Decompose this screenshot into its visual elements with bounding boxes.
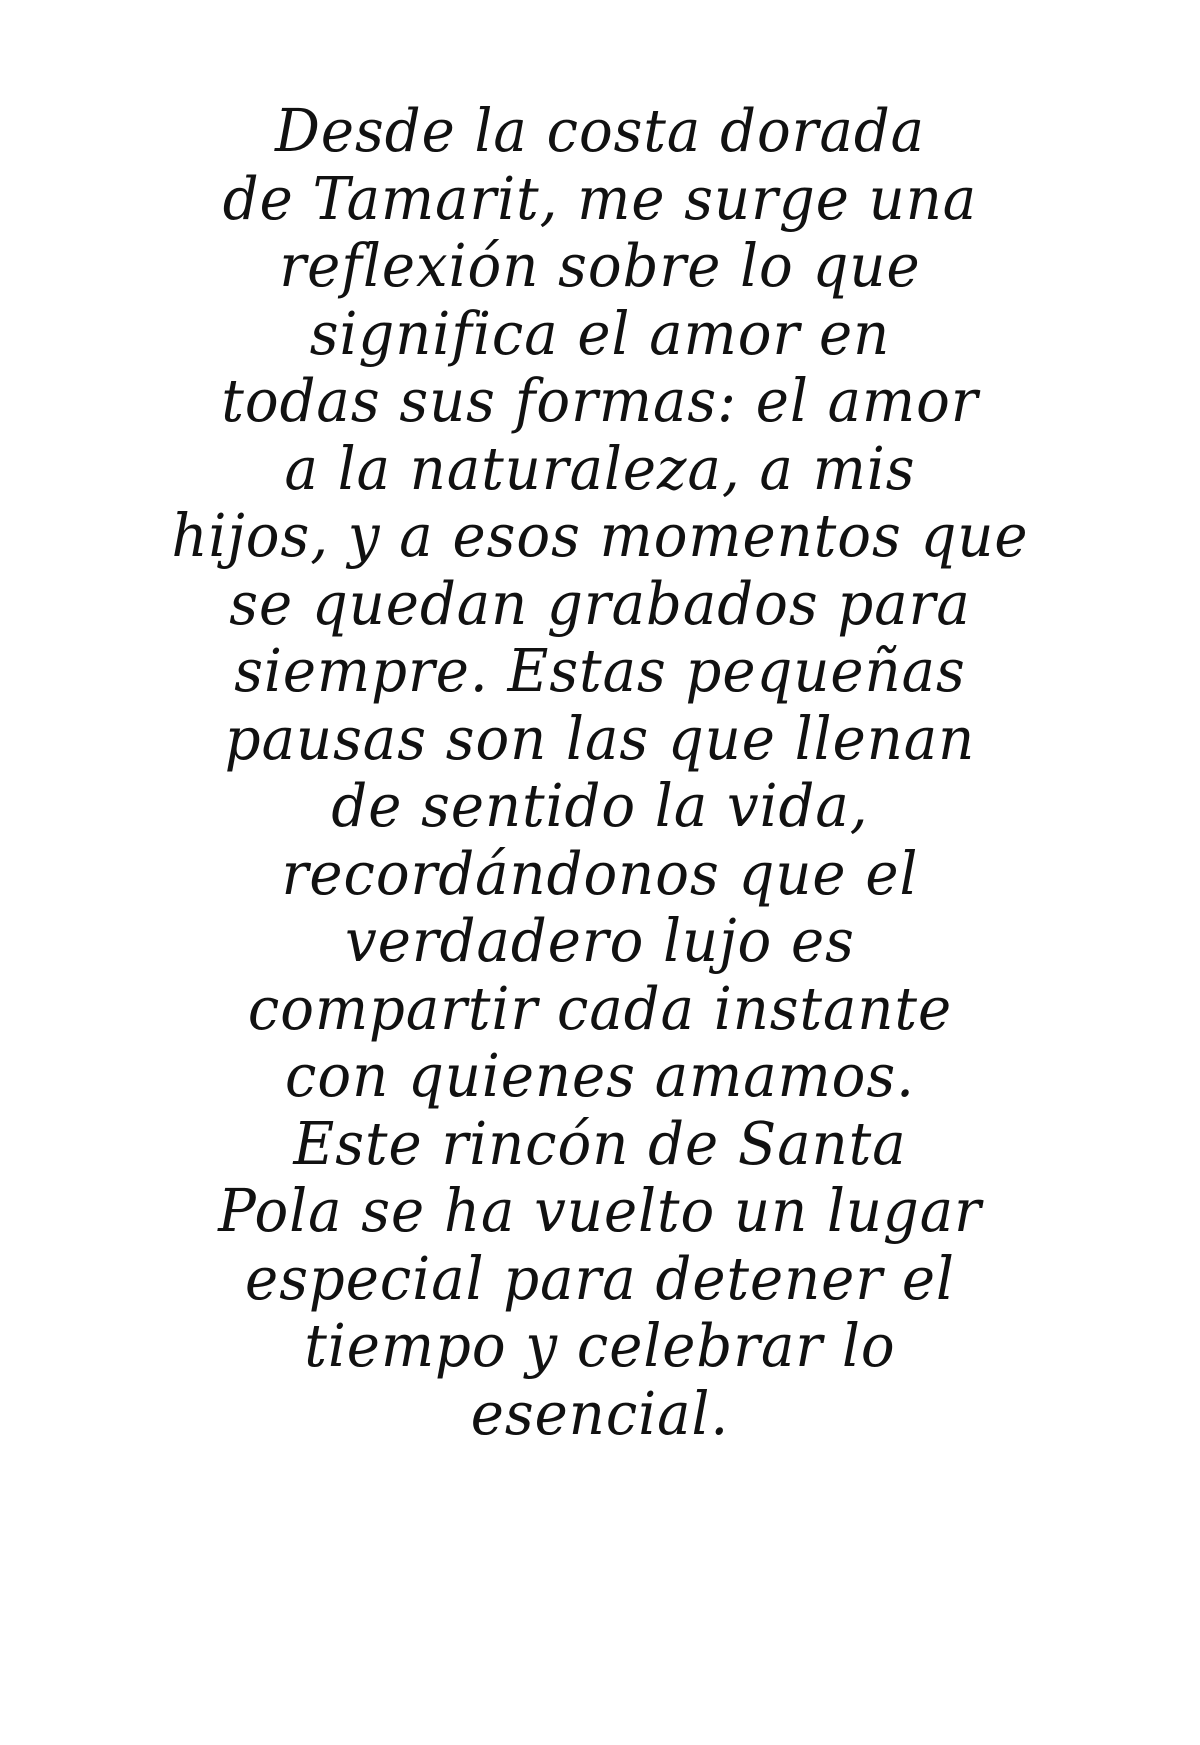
text-line-16: Este rincón de Santa — [0, 1109, 1200, 1180]
text-line-11: de sentido la vida, — [0, 771, 1200, 842]
text-line-7: hijos, y a esos momentos que — [0, 501, 1200, 572]
text-line-6: a la naturaleza, a mis — [0, 434, 1200, 505]
handwritten-paragraph: Desde la costa dorada de Tamarit, me sur… — [0, 98, 1200, 1448]
text-line-4: significa el amor en — [0, 299, 1200, 370]
text-line-8: se quedan grabados para — [0, 569, 1200, 640]
text-line-2: de Tamarit, me surge una — [0, 164, 1200, 235]
text-line-14: compartir cada instante — [0, 974, 1200, 1045]
text-line-20: esencial. — [0, 1379, 1200, 1450]
text-line-18: especial para detener el — [0, 1244, 1200, 1315]
text-line-15: con quienes amamos. — [0, 1041, 1200, 1112]
text-line-19: tiempo y celebrar lo — [0, 1311, 1200, 1382]
text-line-17: Pola se ha vuelto un lugar — [0, 1176, 1200, 1247]
text-line-3: reflexión sobre lo que — [0, 231, 1200, 302]
text-line-10: pausas son las que llenan — [0, 704, 1200, 775]
text-line-1: Desde la costa dorada — [0, 96, 1200, 167]
text-line-9: siempre. Estas pequeñas — [0, 636, 1200, 707]
text-line-12: recordándonos que el — [0, 839, 1200, 910]
page: Desde la costa dorada de Tamarit, me sur… — [0, 0, 1200, 1745]
text-line-5: todas sus formas: el amor — [0, 366, 1200, 437]
text-line-13: verdadero lujo es — [0, 906, 1200, 977]
